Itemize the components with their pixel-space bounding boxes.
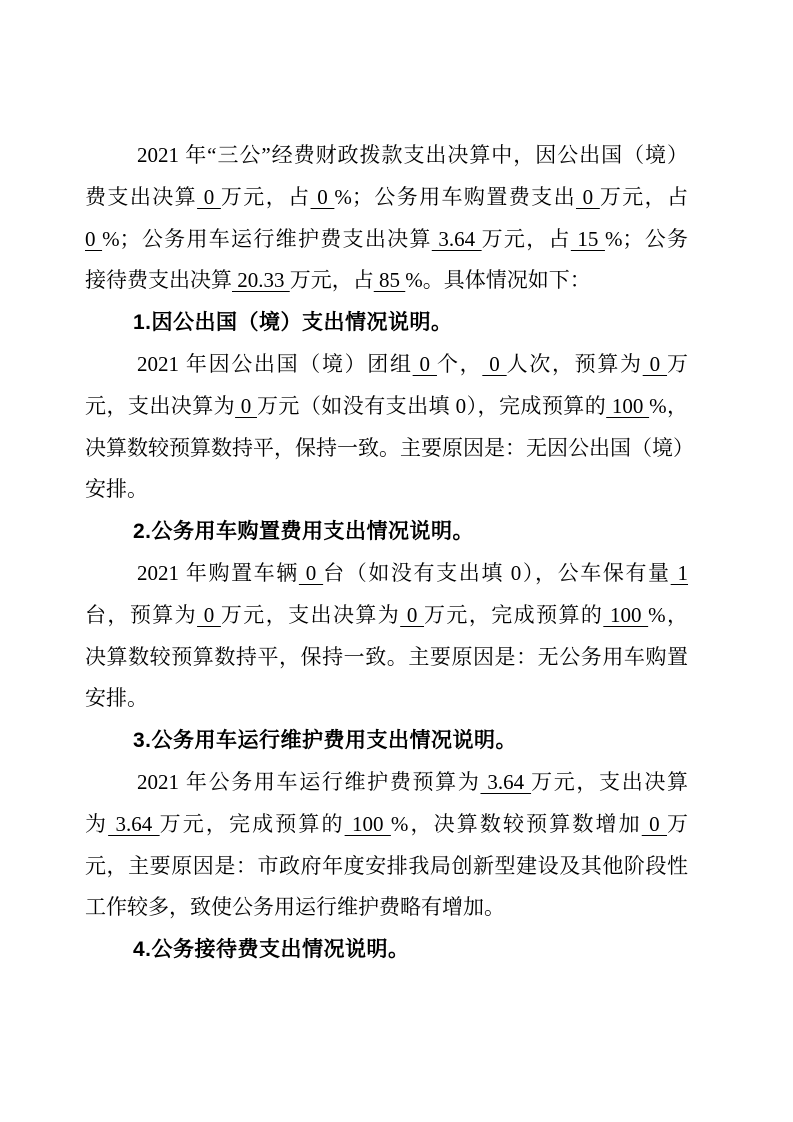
underlined-value: 0	[197, 185, 221, 209]
text-line: 元，主要原因是：市政府年度安排我局创新型建设及其他阶段性	[85, 846, 688, 888]
document-body: 2021 年“三公”经费财政拨款支出决算中，因公出国（境）费支出决算 0 万元，…	[85, 135, 688, 971]
underlined-value: 100	[606, 394, 649, 418]
text-line: 费支出决算 0 万元，占 0 %；公务用车购置费支出 0 万元，占	[85, 177, 688, 219]
text-line: 3.公务用车运行维护费用支出情况说明。	[85, 720, 688, 762]
underlined-value: 1	[671, 561, 688, 585]
text-segment: 万元，完成预算的	[160, 812, 345, 836]
underlined-value: 100	[345, 812, 391, 836]
underlined-value: 85	[374, 268, 406, 292]
text-segment: 元，主要原因是：市政府年度安排我局创新型建设及其他阶段性	[85, 854, 688, 878]
text-line: 安排。	[85, 469, 688, 511]
underlined-value: 3.64	[432, 227, 482, 251]
text-segment: %；公务用车运行维护费支出决算	[102, 227, 432, 251]
text-segment: 2021 年购置车辆	[137, 561, 299, 585]
underlined-value: 100	[603, 603, 648, 627]
text-segment: 费支出决算	[85, 185, 197, 209]
text-segment: 2021 年因公出国（境）团组	[137, 352, 413, 376]
text-line: 2021 年“三公”经费财政拨款支出决算中，因公出国（境）	[85, 135, 688, 177]
text-line: 4.公务接待费支出情况说明。	[85, 929, 688, 971]
section-2-body: 2021 年购置车辆 0 台（如没有支出填 0），公车保有量 1台，预算为 0 …	[85, 553, 688, 720]
text-line: 2021 年购置车辆 0 台（如没有支出填 0），公车保有量 1	[85, 553, 688, 595]
underlined-value: 0	[642, 812, 667, 836]
text-line: 为 3.64 万元，完成预算的 100 %，决算数较预算数增加 0 万	[85, 804, 688, 846]
text-segment: 接待费支出决算	[85, 268, 232, 292]
text-segment: 2021 年“三公”经费财政拨款支出决算中，因公出国（境）	[137, 143, 688, 167]
text-segment: %；公务用车购置费支出	[334, 185, 576, 209]
underlined-value: 0	[643, 352, 667, 376]
underlined-value: 0	[197, 603, 221, 627]
text-segment: %；公务	[605, 227, 688, 251]
text-segment: 人次，预算为	[507, 352, 643, 376]
text-segment: 万元，支出决算为	[221, 603, 400, 627]
text-segment: 台，预算为	[85, 603, 197, 627]
text-segment: 1.因公出国（境）支出情况说明。	[133, 311, 453, 334]
text-line: 决算数较预算数持平，保持一致。主要原因是：无公务用车购置	[85, 637, 688, 679]
underlined-value: 0	[482, 352, 506, 376]
text-segment: 元，支出决算为	[85, 394, 235, 418]
text-line: 接待费支出决算 20.33 万元，占 85 %。具体情况如下：	[85, 260, 688, 302]
text-segment: 2021 年公务用车运行维护费预算为	[137, 770, 480, 794]
text-segment: 万元，占	[600, 185, 688, 209]
text-segment: 工作较多，致使公务用运行维护费略有增加。	[85, 895, 505, 919]
section-heading-3: 3.公务用车运行维护费用支出情况说明。	[85, 720, 688, 762]
text-segment: %，	[649, 394, 688, 418]
text-segment: 万元（如没有支出填 0），完成预算的	[257, 394, 606, 418]
text-segment: %。具体情况如下：	[405, 268, 591, 292]
underlined-value: 15	[571, 227, 605, 251]
text-segment: 3.公务用车运行维护费用支出情况说明。	[133, 729, 517, 752]
text-segment: 2.公务用车购置费用支出情况说明。	[133, 520, 474, 543]
text-segment: 4.公务接待费支出情况说明。	[133, 938, 410, 961]
text-segment: 安排。	[85, 686, 148, 710]
text-line: 安排。	[85, 678, 688, 720]
text-line: 1.因公出国（境）支出情况说明。	[85, 302, 688, 344]
text-segment: 万元，支出决算	[531, 770, 688, 794]
section-1-body: 2021 年因公出国（境）团组 0 个， 0 人次，预算为 0 万元，支出决算为…	[85, 344, 688, 511]
underlined-value: 0	[311, 185, 335, 209]
underlined-value: 0	[576, 185, 600, 209]
text-line: 台，预算为 0 万元，支出决算为 0 万元，完成预算的 100 %，	[85, 595, 688, 637]
underlined-value: 0	[400, 603, 424, 627]
underlined-value: 3.64	[480, 770, 531, 794]
text-segment: 万	[667, 812, 688, 836]
section-heading-1: 1.因公出国（境）支出情况说明。	[85, 302, 688, 344]
text-line: 2021 年因公出国（境）团组 0 个， 0 人次，预算为 0 万	[85, 344, 688, 386]
text-segment: 决算数较预算数持平，保持一致。主要原因是：无公务用车购置	[85, 645, 688, 669]
document-page: 2021 年“三公”经费财政拨款支出决算中，因公出国（境）费支出决算 0 万元，…	[0, 0, 793, 1122]
text-line: 元，支出决算为 0 万元（如没有支出填 0），完成预算的 100 %，	[85, 386, 688, 428]
section-heading-4: 4.公务接待费支出情况说明。	[85, 929, 688, 971]
underlined-value: 3.64	[108, 812, 160, 836]
text-segment: 万元，完成预算的	[424, 603, 603, 627]
text-line: 决算数较预算数持平，保持一致。主要原因是：无因公出国（境）	[85, 428, 688, 470]
underlined-value: 0	[85, 227, 102, 251]
section-heading-2: 2.公务用车购置费用支出情况说明。	[85, 511, 688, 553]
text-line: 工作较多，致使公务用运行维护费略有增加。	[85, 887, 688, 929]
text-segment: 万元，占	[221, 185, 311, 209]
text-segment: 个，	[437, 352, 482, 376]
text-segment: %，	[648, 603, 688, 627]
section-3-body: 2021 年公务用车运行维护费预算为 3.64 万元，支出决算为 3.64 万元…	[85, 762, 688, 929]
underlined-value: 0	[235, 394, 257, 418]
underlined-value: 0	[299, 561, 323, 585]
underlined-value: 0	[413, 352, 437, 376]
intro-paragraph: 2021 年“三公”经费财政拨款支出决算中，因公出国（境）费支出决算 0 万元，…	[85, 135, 688, 302]
text-segment: 万	[667, 352, 688, 376]
text-segment: 安排。	[85, 477, 148, 501]
text-segment: 台（如没有支出填 0），公车保有量	[323, 561, 671, 585]
text-segment: 为	[85, 812, 108, 836]
text-segment: 决算数较预算数持平，保持一致。主要原因是：无因公出国（境）	[85, 436, 694, 460]
text-segment: 万元，占	[482, 227, 571, 251]
text-segment: %，决算数较预算数增加	[391, 812, 642, 836]
text-line: 2021 年公务用车运行维护费预算为 3.64 万元，支出决算	[85, 762, 688, 804]
underlined-value: 20.33	[232, 268, 290, 292]
text-line: 2.公务用车购置费用支出情况说明。	[85, 511, 688, 553]
text-segment: 万元，占	[290, 268, 374, 292]
text-line: 0 %；公务用车运行维护费支出决算 3.64 万元，占 15 %；公务	[85, 219, 688, 261]
